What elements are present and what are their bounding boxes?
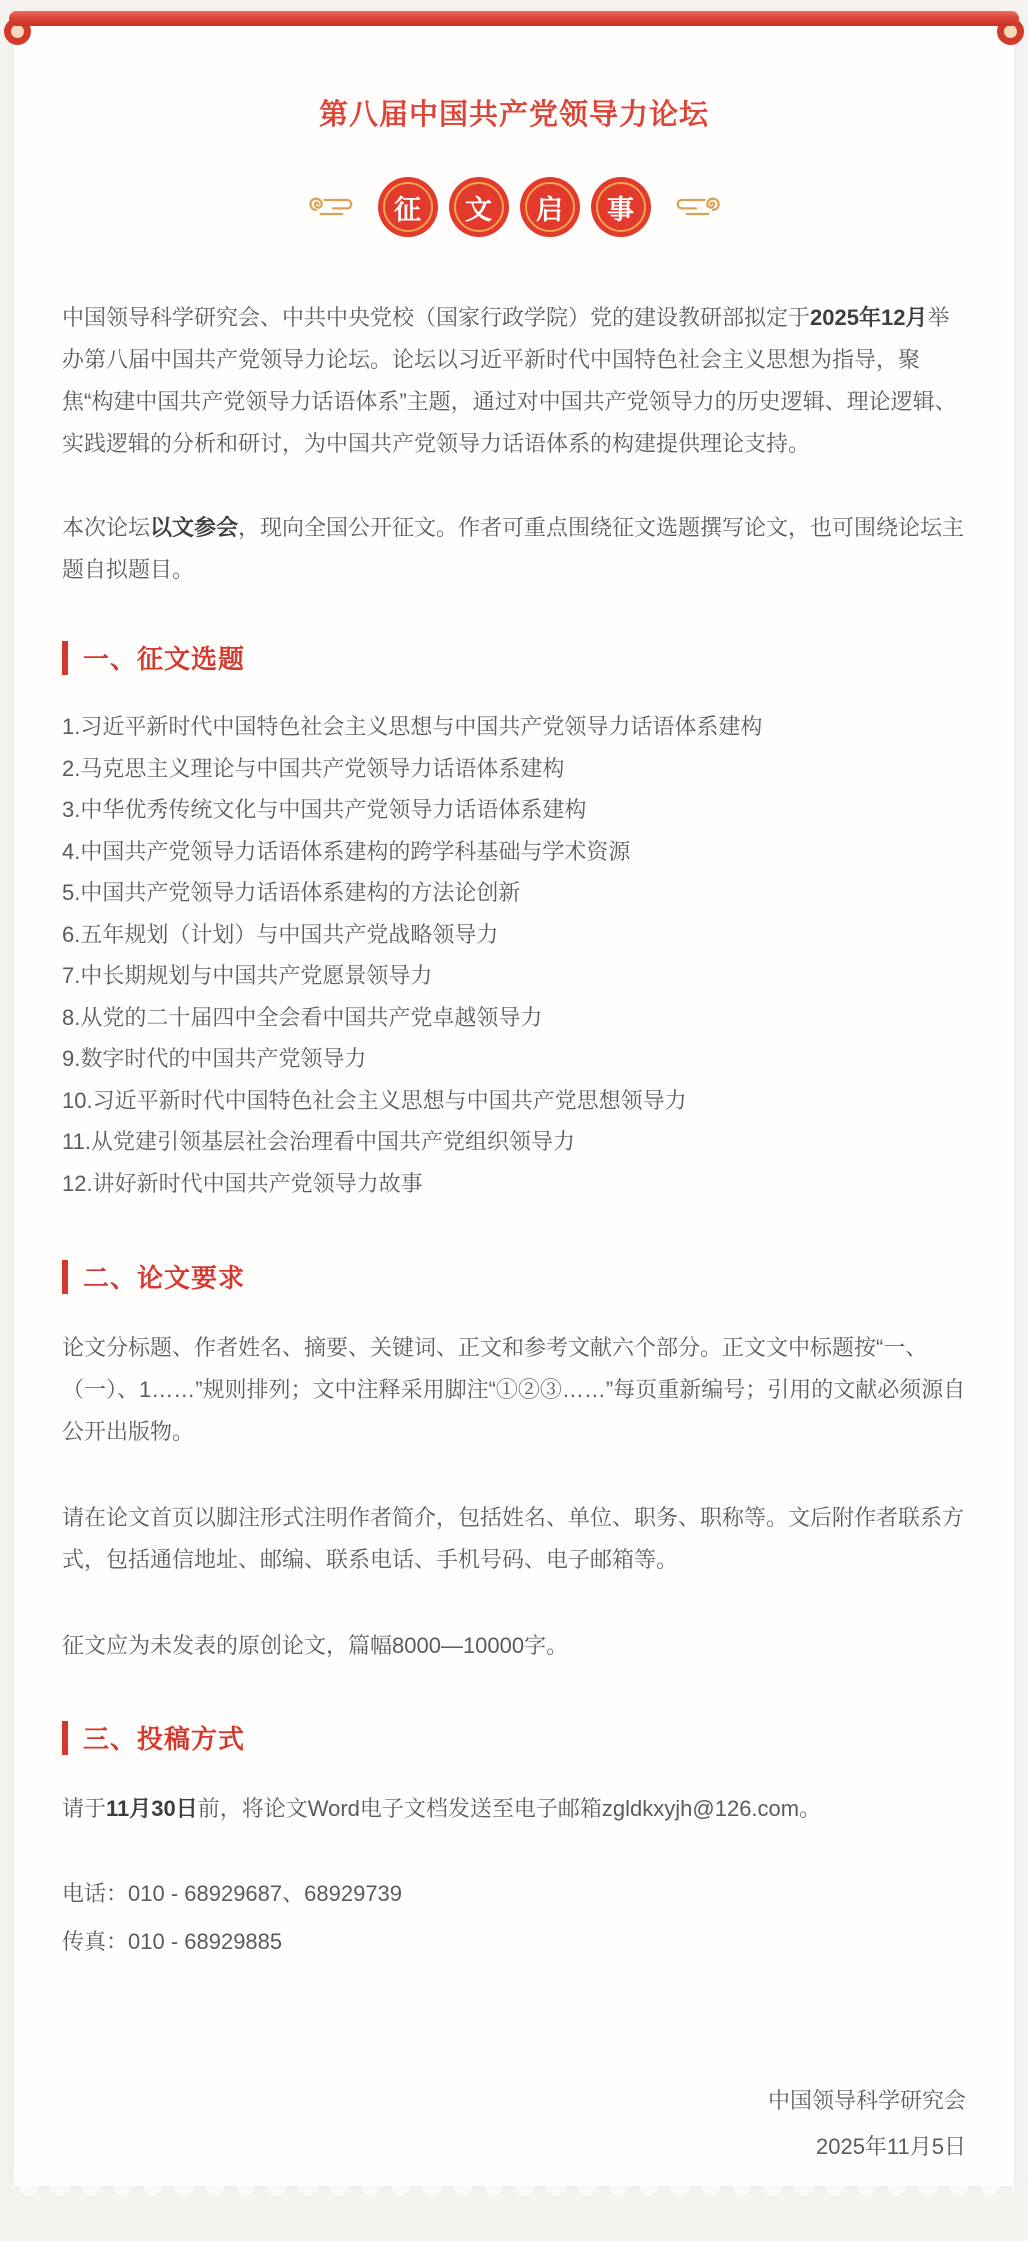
topic-item: 10.习近平新时代中国特色社会主义思想与中国共产党思想领导力 xyxy=(62,1080,966,1122)
topic-item: 8.从党的二十届四中全会看中国共产党卓越领导力 xyxy=(62,997,966,1039)
contact-block: 电话：010 - 68929687、68929739 传真：010 - 6892… xyxy=(62,1870,966,1966)
intro-paragraph-1: 中国领导科学研究会、中共中央党校（国家行政学院）党的建设教研部拟定于2025年1… xyxy=(62,297,966,465)
requirements-paragraph-1: 论文分标题、作者姓名、摘要、关键词、正文和参考文献六个部分。正文文中标题按“一、… xyxy=(62,1327,966,1453)
badge-char: 事 xyxy=(607,188,634,227)
badge-circle: 征 xyxy=(378,177,438,237)
topic-item: 6.五年规划（计划）与中国共产党战略领导力 xyxy=(62,914,966,956)
submission-deadline-bold: 11月30日 xyxy=(106,1796,198,1821)
section-title-requirements: 二、论文要求 xyxy=(83,1258,245,1295)
topic-item: 11.从党建引领基层社会治理看中国共产党组织领导力 xyxy=(62,1121,966,1163)
section-title-topics: 一、征文选题 xyxy=(83,639,245,676)
scroll-bar-ornament xyxy=(9,11,1019,26)
topic-item: 7.中长期规划与中国共产党愿景领导力 xyxy=(62,955,966,997)
intro-p2-pre: 本次论坛 xyxy=(62,515,150,540)
heading-bar-icon xyxy=(62,1260,68,1294)
card-scalloped-edge xyxy=(14,2186,1014,2200)
submission-post: 前，将论文Word电子文档发送至电子邮箱zgldkxyjh@126.com。 xyxy=(198,1796,821,1821)
cloud-ornament-right-icon xyxy=(667,192,727,222)
announcement-card: 第八届中国共产党领导力论坛 征 文 启 事 中 xyxy=(14,14,1014,2186)
signature-date: 2025年11月5日 xyxy=(62,2124,966,2170)
topic-item: 1.习近平新时代中国特色社会主义思想与中国共产党领导力话语体系建构 xyxy=(62,706,966,748)
heading-bar-icon xyxy=(62,1721,68,1755)
badge-circles: 征 文 启 事 xyxy=(378,177,651,237)
badge-circle: 事 xyxy=(591,177,651,237)
topic-item: 4.中国共产党领导力话语体系建构的跨学科基础与学术资源 xyxy=(62,831,966,873)
call-for-papers-banner: 征 文 启 事 xyxy=(62,177,966,237)
section-heading-requirements: 二、论文要求 xyxy=(62,1258,966,1295)
signature-block: 中国领导科学研究会 2025年11月5日 xyxy=(62,2078,966,2186)
badge-circle: 启 xyxy=(520,177,580,237)
badge-char: 文 xyxy=(465,188,492,227)
topic-list: 1.习近平新时代中国特色社会主义思想与中国共产党领导力话语体系建构2.马克思主义… xyxy=(62,706,966,1204)
submission-pre: 请于 xyxy=(62,1796,106,1821)
badge-char: 征 xyxy=(394,188,421,227)
intro-p1-bold: 2025年12月 xyxy=(810,305,927,330)
heading-bar-icon xyxy=(62,641,68,675)
phone-line: 电话：010 - 68929687、68929739 xyxy=(62,1870,966,1918)
requirements-paragraph-3: 征文应为未发表的原创论文，篇幅8000—10000字。 xyxy=(62,1625,966,1667)
badge-char: 启 xyxy=(536,188,563,227)
submission-paragraph: 请于11月30日前，将论文Word电子文档发送至电子邮箱zgldkxyjh@12… xyxy=(62,1788,966,1830)
topic-item: 5.中国共产党领导力话语体系建构的方法论创新 xyxy=(62,872,966,914)
topic-item: 3.中华优秀传统文化与中国共产党领导力话语体系建构 xyxy=(62,789,966,831)
page-title: 第八届中国共产党领导力论坛 xyxy=(62,92,966,133)
intro-paragraph-2: 本次论坛以文参会，现向全国公开征文。作者可重点围绕征文选题撰写论文，也可围绕论坛… xyxy=(62,507,966,591)
topic-item: 12.讲好新时代中国共产党领导力故事 xyxy=(62,1163,966,1205)
cloud-ornament-left-icon xyxy=(302,192,362,222)
section-heading-topics: 一、征文选题 xyxy=(62,639,966,676)
requirements-paragraph-2: 请在论文首页以脚注形式注明作者简介，包括姓名、单位、职务、职称等。文后附作者联系… xyxy=(62,1497,966,1581)
signature-org: 中国领导科学研究会 xyxy=(62,2078,966,2124)
topic-item: 2.马克思主义理论与中国共产党领导力话语体系建构 xyxy=(62,748,966,790)
section-heading-submission: 三、投稿方式 xyxy=(62,1719,966,1756)
intro-p2-bold: 以文参会 xyxy=(150,515,238,540)
intro-p1-pre: 中国领导科学研究会、中共中央党校（国家行政学院）党的建设教研部拟定于 xyxy=(62,305,810,330)
fax-line: 传真：010 - 68929885 xyxy=(62,1918,966,1966)
section-title-submission: 三、投稿方式 xyxy=(83,1719,245,1756)
topic-item: 9.数字时代的中国共产党领导力 xyxy=(62,1038,966,1080)
badge-circle: 文 xyxy=(449,177,509,237)
